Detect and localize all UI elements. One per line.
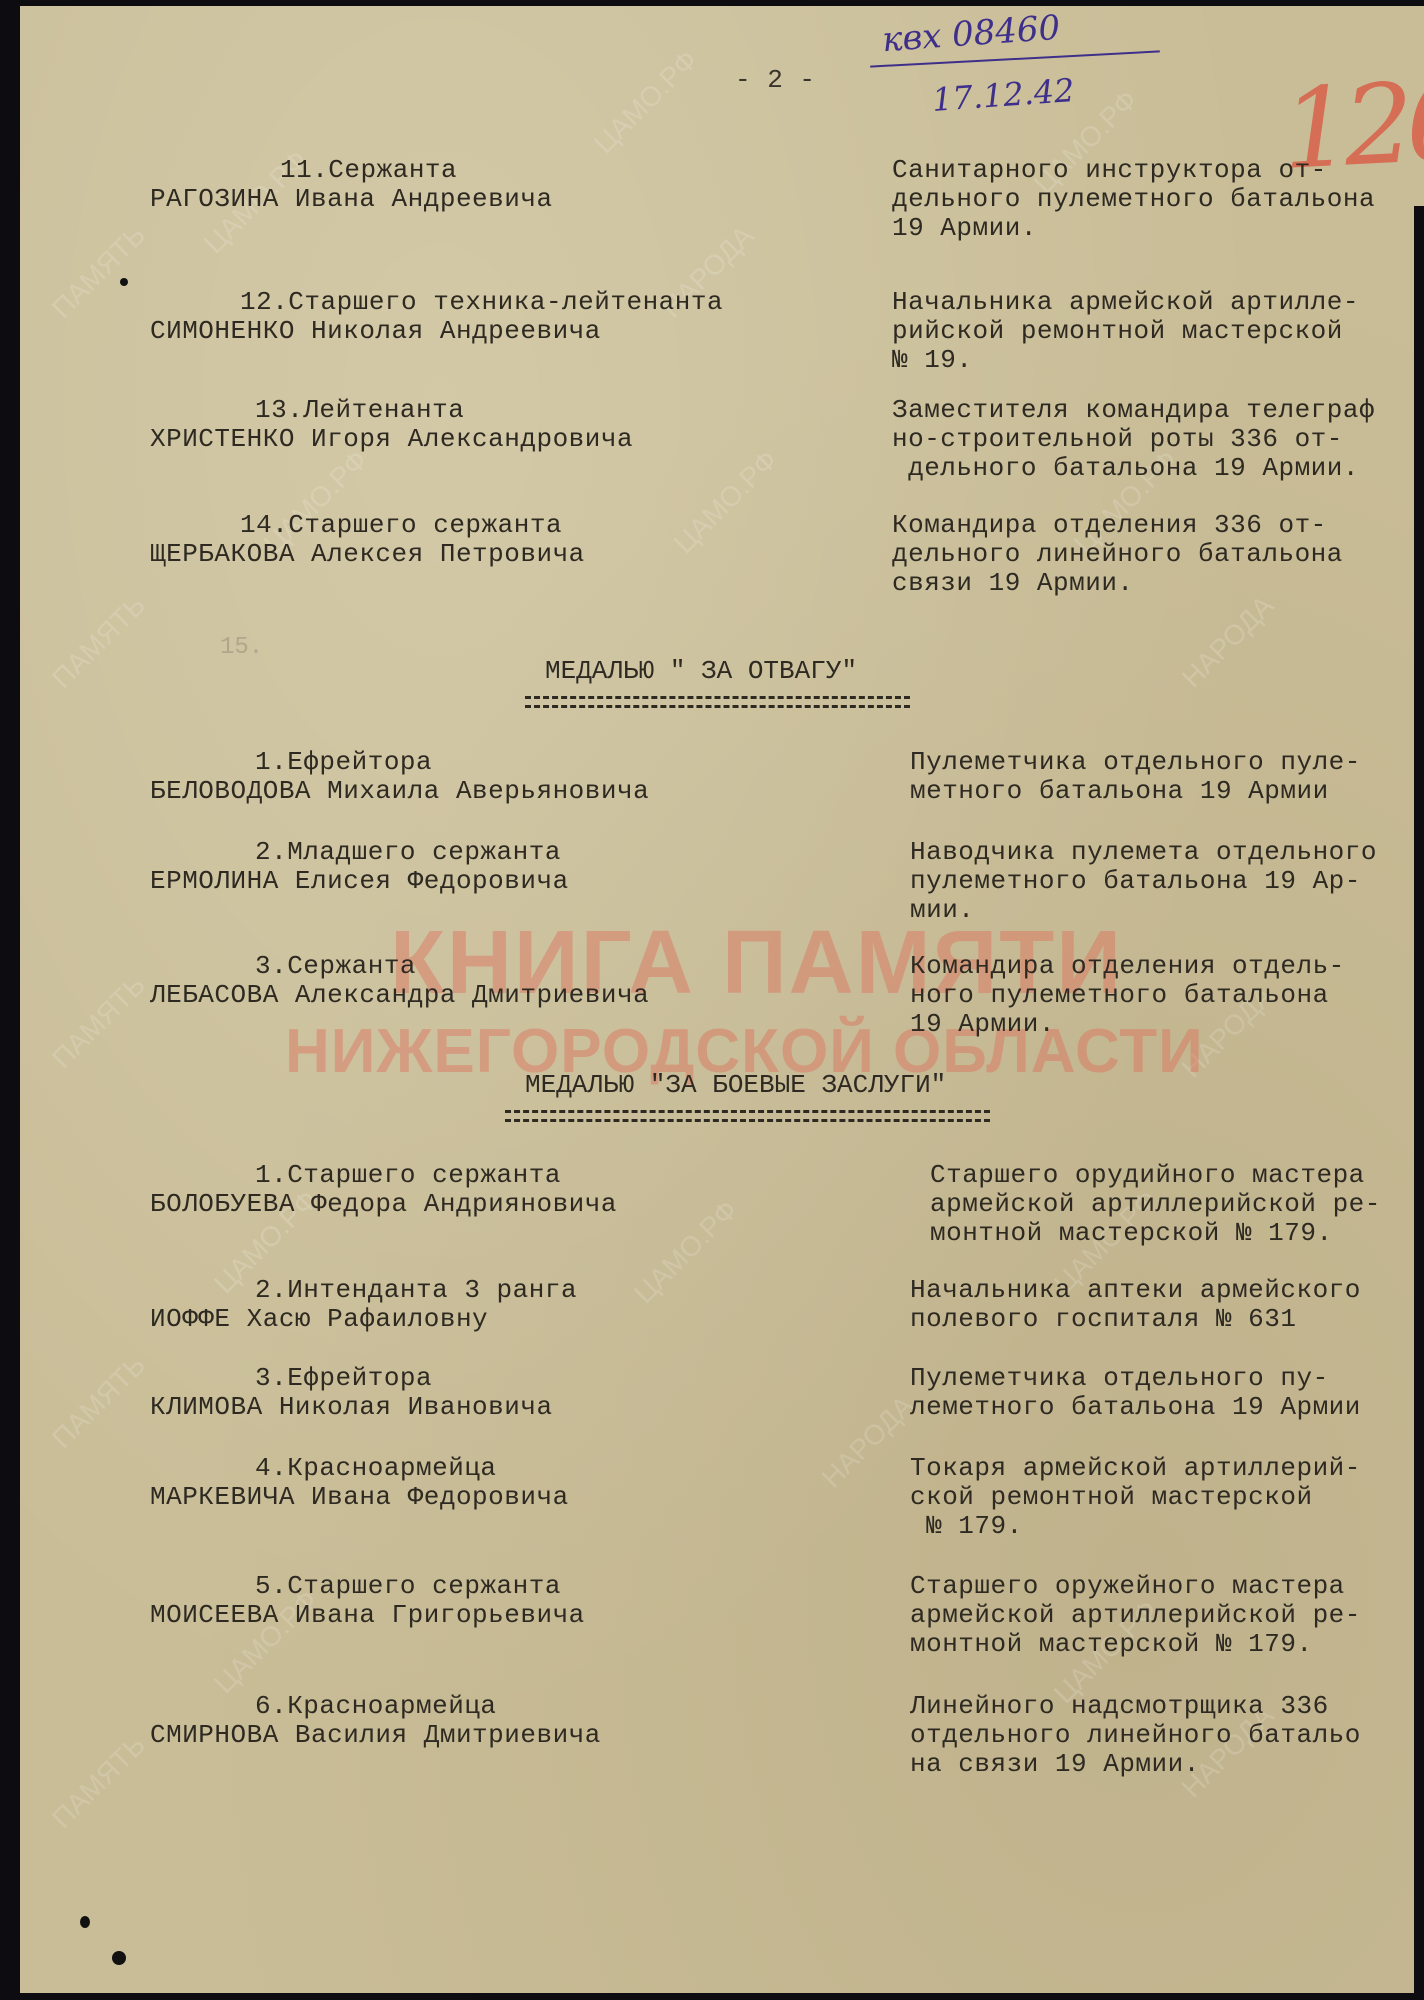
entry-rank: 5.Старшего сержанта: [255, 1572, 561, 1601]
watermark-archive: ЦАМО.РФ: [668, 444, 784, 560]
entry-name: МОИСЕЕВА Ивана Григорьевича: [150, 1601, 585, 1630]
entry-position: Начальника армейской артилле- рийской ре…: [892, 288, 1359, 375]
section-underline: [525, 696, 910, 708]
page-number: - 2 -: [735, 66, 816, 95]
entry-position: Санитарного инструктора от- дельного пул…: [892, 156, 1375, 243]
faint-number: 15.: [220, 634, 263, 661]
entry-rank: 4.Красноармейца: [255, 1454, 497, 1483]
entry-rank: 1.Ефрейтора: [255, 748, 432, 777]
entry-position: Пулеметчика отдельного пу- леметного бат…: [910, 1364, 1361, 1422]
entry-name: БОЛОБУЕВА Федора Андрияновича: [150, 1190, 617, 1219]
entry-name: МАРКЕВИЧА Ивана Федоровича: [150, 1483, 569, 1512]
entry-name: ХРИСТЕНКО Игоря Александровича: [150, 425, 633, 454]
entry-rank: 6.Красноармейца: [255, 1692, 497, 1721]
entry-rank: 1.Старшего сержанта: [255, 1161, 561, 1190]
entry-rank: 2.Младшего сержанта: [255, 838, 561, 867]
entry-position: Старшего орудийного мастера армейской ар…: [930, 1161, 1381, 1248]
watermark-project: НАРОДА: [816, 1390, 920, 1494]
entry-rank: 12.Старшего техника-лейтенанта: [240, 288, 723, 317]
entry-name: БЕЛОВОДОВА Михаила Аверьяновича: [150, 777, 649, 806]
entry-rank: 14.Старшего сержанта: [240, 511, 562, 540]
entry-name: СИМОНЕНКО Николая Андреевича: [150, 317, 601, 346]
entry-name: СМИРНОВА Василия Дмитриевича: [150, 1721, 601, 1750]
entry-name: ИОФФЕ Хасю Рафаиловну: [150, 1305, 488, 1334]
entry-name: КЛИМОВА Николая Ивановича: [150, 1393, 553, 1422]
entry-position: Начальника аптеки армейского полевого го…: [910, 1276, 1361, 1334]
entry-position: Командира отделения отдель- ного пулемет…: [910, 952, 1345, 1039]
entry-rank: 2.Интенданта 3 ранга: [255, 1276, 577, 1305]
watermark-project: ПАМЯТЬ: [46, 1349, 152, 1455]
watermark-project: ПАМЯТЬ: [46, 219, 152, 325]
handwritten-date: 17.12.42: [931, 71, 1076, 119]
watermark-archive: ЦАМО.РФ: [628, 1194, 744, 1310]
watermark-archive: ЦАМО.РФ: [588, 44, 704, 160]
entry-rank: 13.Лейтенанта: [255, 396, 464, 425]
entry-name: ЩЕРБАКОВА Алексея Петровича: [150, 540, 585, 569]
entry-name: ЕРМОЛИНА Елисея Федоровича: [150, 867, 569, 896]
entry-position: Старшего оружейного мастера армейской ар…: [910, 1572, 1361, 1659]
section-title-bravery: МЕДАЛЬЮ " ЗА ОТВАГУ": [545, 656, 857, 686]
watermark-project: ПАМЯТЬ: [46, 969, 152, 1075]
watermark-project: ПАМЯТЬ: [46, 589, 152, 695]
entry-name: РАГОЗИНА Ивана Андреевича: [150, 185, 553, 214]
entry-position: Наводчика пулемета отдельного пулеметног…: [910, 838, 1377, 925]
entry-rank: 3.Сержанта: [255, 952, 416, 981]
section-underline: [505, 1110, 990, 1122]
watermark-project: НАРОДА: [1176, 590, 1280, 694]
document-page: ЦАМО.РФ ЦАМО.РФ ЦАМО.РФ ЦАМО.РФ ЦАМО.РФ …: [20, 6, 1424, 1993]
section-title-merit: МЕДАЛЬЮ "ЗА БОЕВЫЕ ЗАСЛУГИ": [525, 1070, 946, 1100]
handwritten-reference: квх 08460: [881, 8, 1062, 60]
punch-hole: [120, 278, 128, 286]
entry-name: ЛЕБАСОВА Александра Дмитриевича: [150, 981, 649, 1010]
entry-position: Командира отделения 336 от- дельного лин…: [892, 511, 1343, 598]
entry-position: Токаря армейской артиллерий- ской ремонт…: [910, 1454, 1361, 1541]
entry-position: Линейного надсмотрщика 336 отдельного ли…: [910, 1692, 1361, 1779]
ink-blot: [112, 1951, 126, 1965]
scan-edge: [1414, 206, 1424, 2000]
entry-rank: 11.Сержанта: [280, 156, 457, 185]
entry-position: Заместителя командира телеграф но-строит…: [892, 396, 1375, 483]
entry-position: Пулеметчика отдельного пуле- метного бат…: [910, 748, 1361, 806]
watermark-project: ПАМЯТЬ: [46, 1729, 152, 1835]
punch-hole: [80, 1916, 90, 1928]
entry-rank: 3.Ефрейтора: [255, 1364, 432, 1393]
